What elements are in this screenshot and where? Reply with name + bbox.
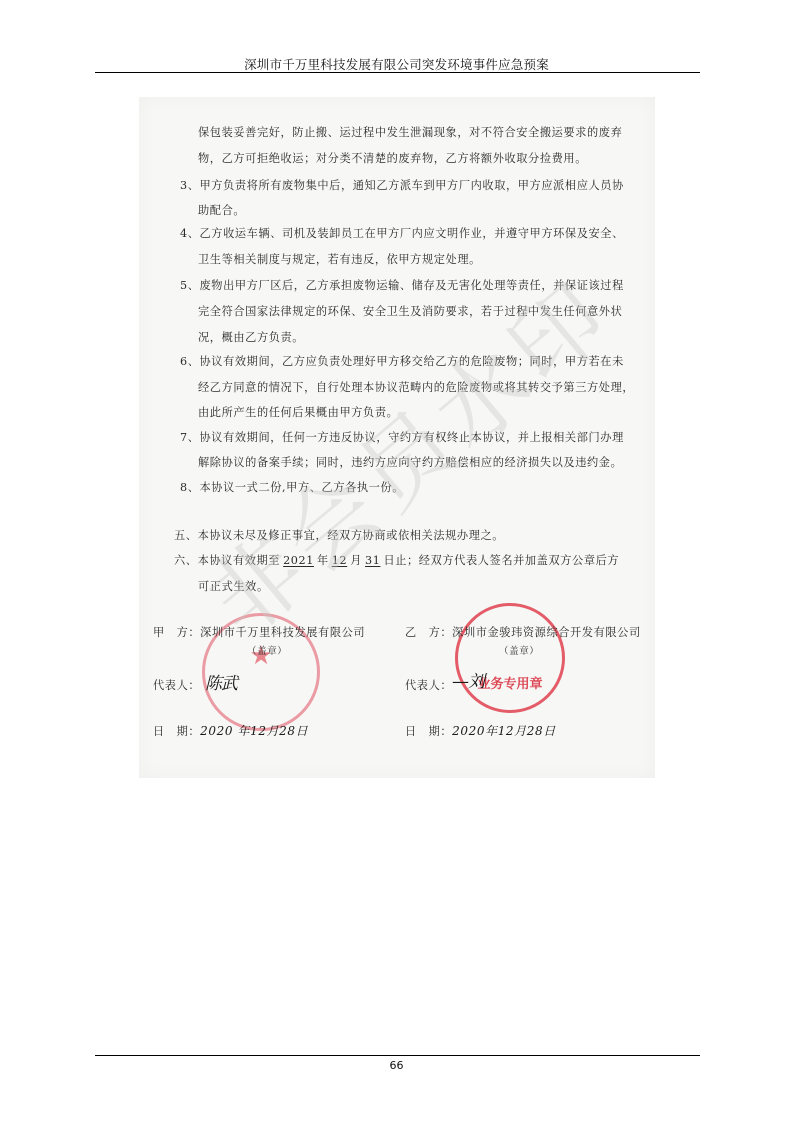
party-b-rep-label: 代表人： — [405, 677, 452, 693]
clause-4: 4、乙方收运车辆、司机及装卸员工在甲方厂内应文明作业，并遵守甲方环保及安全、 — [180, 225, 624, 241]
party-b-date-label: 日 期： — [405, 725, 452, 738]
party-a-seal-note: （盖章） — [247, 643, 287, 657]
paragraph-line: 况，概由乙方负责。 — [198, 329, 304, 345]
party-b-name: 深圳市金骏玮资源综合开发有限公司 — [452, 626, 641, 639]
paragraph-line: 助配合。 — [198, 202, 245, 218]
party-b-date: 2020年12月28日 — [452, 724, 556, 738]
validity-suffix: 日止；经双方代表人签名并加盖双方公章后方 — [383, 554, 619, 567]
party-b-label: 乙 方： — [405, 626, 452, 639]
clause-3: 3、甲方负责将所有废物集中后，通知乙方派车到甲方厂内收取，甲方应派相应人员协 — [180, 177, 624, 193]
clause-5: 5、废物出甲方厂区后，乙方承担废物运输、储存及无害化处理等责任，并保证该过程 — [180, 277, 624, 293]
clause-8: 8、本协议一式二份,甲方、乙方各执一份。 — [180, 479, 404, 495]
party-b-signature: —刘 — [452, 667, 484, 692]
scanned-contract-page: 保包装妥善完好，防止搬、运过程中发生泄漏现象，对不符合安全搬运要求的废弃 物，乙… — [139, 97, 655, 778]
party-a-signature: 陈武 — [205, 669, 237, 694]
paragraph-line: 可正式生效。 — [198, 578, 269, 594]
party-b-seal-note: （盖章） — [499, 643, 539, 657]
party-a-line: 甲 方：深圳市千万里科技发展有限公司 — [153, 624, 365, 640]
header-divider — [95, 72, 700, 73]
section-5: 五、本协议未尽及修正事宜，经双方协商或依相关法规办理之。 — [174, 527, 504, 543]
party-b-date-line: 日 期：2020年12月28日 — [405, 722, 556, 739]
party-b-line: 乙 方：深圳市金骏玮资源综合开发有限公司 — [405, 624, 641, 640]
party-a-rep-label: 代表人： — [153, 677, 200, 693]
page-number: 66 — [0, 1059, 793, 1072]
clause-7: 7、协议有效期间，任何一方违反协议，守约方有权终止本协议，并上报相关部门办理 — [180, 429, 624, 445]
paragraph-line: 解除协议的备案手续；同时，违约方应向守约方赔偿相应的经济损失以及违约金。 — [198, 454, 622, 470]
party-a-name: 深圳市千万里科技发展有限公司 — [200, 626, 365, 639]
party-a-date-line: 日 期：2020 年12月28日 — [153, 722, 308, 739]
paragraph-line: 完全符合国家法律规定的环保、安全卫生及消防要求，若于过程中发生任何意外状 — [198, 303, 622, 319]
party-a-date: 2020 年12月28日 — [200, 724, 308, 738]
document-header-title: 深圳市千万里科技发展有限公司突发环境事件应急预案 — [0, 55, 793, 73]
validity-year: 2021 — [280, 554, 317, 567]
validity-month-unit: 月 — [350, 554, 362, 567]
paragraph-line: 物，乙方可拒绝收运；对分类不清楚的废弃物，乙方将额外收取分捡费用。 — [198, 150, 587, 166]
clause-6: 6、协议有效期间，乙方应负责处理好甲方移交给乙方的危险废物；同时，甲方若在未 — [180, 353, 624, 369]
paragraph-line: 卫生等相关制度与规定，若有违反，依甲方规定处理。 — [198, 251, 481, 267]
paragraph-line: 保包装妥善完好，防止搬、运过程中发生泄漏现象，对不符合安全搬运要求的废弃 — [198, 124, 622, 140]
party-a-label: 甲 方： — [153, 626, 200, 639]
party-b-business-seal: 业务专用章 — [455, 603, 565, 713]
validity-month: 12 — [329, 554, 350, 567]
footer-divider — [95, 1055, 700, 1056]
validity-prefix: 六、本协议有效期至 — [174, 554, 280, 567]
paragraph-line: 由此所产生的任何后果概由甲方负责。 — [198, 404, 398, 420]
section-6-validity: 六、本协议有效期至2021年12月31日止；经双方代表人签名并加盖双方公章后方 — [174, 552, 619, 568]
validity-year-unit: 年 — [317, 554, 329, 567]
paragraph-line: 经乙方同意的情况下，自行处理本协议范畴内的危险废物或将其转交予第三方处理， — [198, 379, 634, 395]
validity-day: 31 — [362, 554, 383, 567]
party-a-date-label: 日 期： — [153, 725, 200, 738]
